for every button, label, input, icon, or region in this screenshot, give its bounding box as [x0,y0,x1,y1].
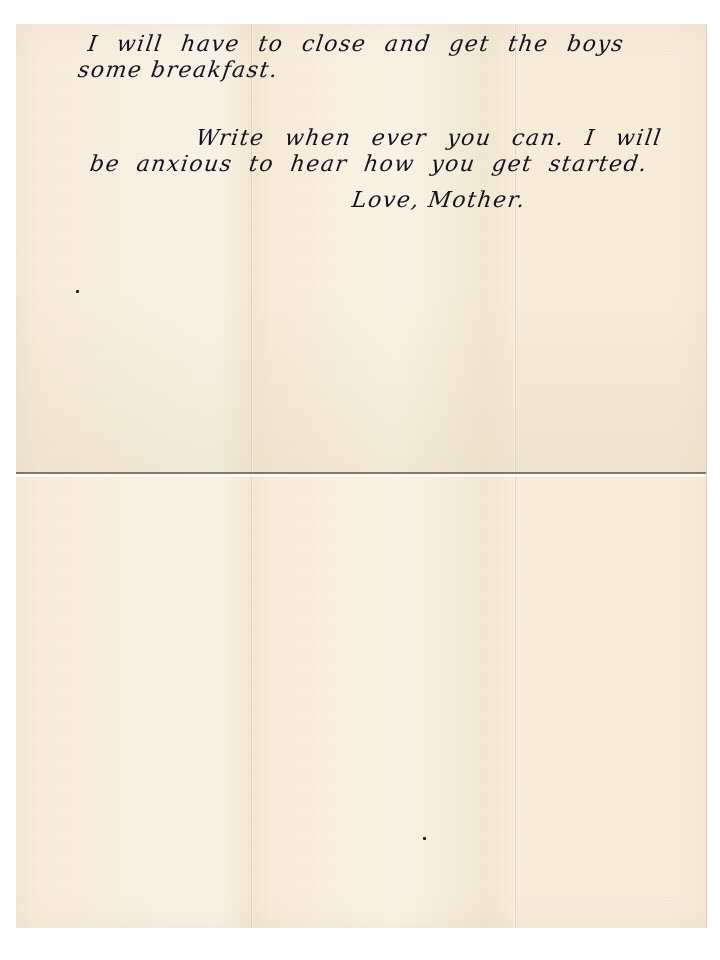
ink-speck [423,837,426,840]
letter-line-4: be anxious to hear how you get started. [88,154,649,176]
letter-line-3: Write when ever you can. I will [194,128,663,150]
letter-line-2: some breakfast. [76,60,279,82]
horizontal-fold-highlight [16,474,706,477]
letter-signature: Love, Mother. [350,190,527,212]
ink-speck [76,290,79,293]
paper-shading [16,24,706,472]
letter-line-1: I will have to close and get the boys [86,34,625,56]
